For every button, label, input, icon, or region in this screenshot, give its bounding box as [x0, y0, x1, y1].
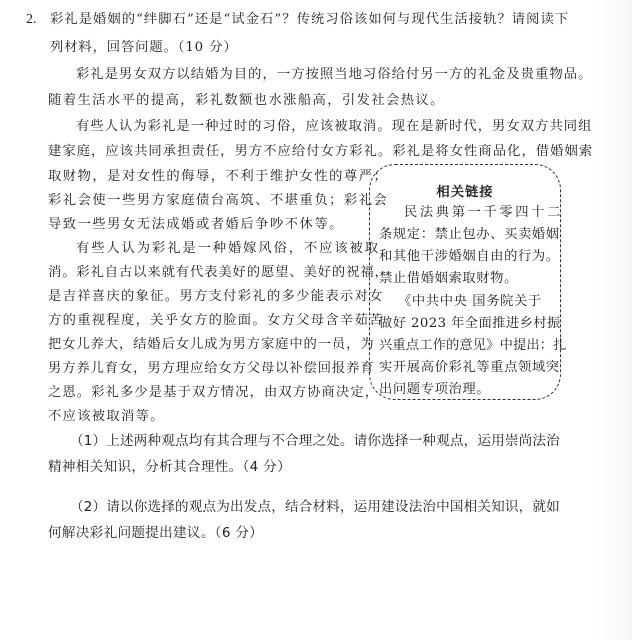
view-against-line-1: 有些人认为彩礼是一种过时的习俗，应该被取消。现在是新时代，男女双方共同组	[76, 118, 593, 136]
view-against-line-4: 彩礼会使一些男方家庭债台高筑、不堪重负；彩礼会	[48, 192, 388, 210]
civil-code-line-4: 禁止借婚姻索取财物。	[379, 270, 518, 288]
view-for-line-6: 男方养儿育女，男方理应给女方父母以补偿回报养育	[48, 360, 375, 378]
view-against-line-5: 导致一些男女无法成婚或者婚后争吵不休等。	[48, 216, 344, 234]
civil-code-line-2: 条规定：禁止包办、买卖婚姻	[379, 226, 560, 244]
material-intro-line-2: 随着生活水平的提高，彩礼数额也水涨船高，引发社会热议。	[48, 92, 445, 110]
view-for-line-2: 消。彩礼自古以来就有代表美好的愿望、美好的祝福，	[48, 264, 389, 282]
policy-line-1: 《中共中央 国务院关于	[398, 293, 542, 311]
view-for-line-3: 是吉祥喜庆的象征。男方支付彩礼的多少能表示对女	[48, 288, 384, 306]
question-number: 2.	[26, 11, 37, 29]
sub-question-2-line-2: 何解决彩礼问题提出建议。（6 分）	[48, 524, 263, 542]
view-for-line-4: 方的重视程度，关乎女方的脸面。女方父母含辛茹苦	[48, 312, 384, 330]
policy-line-4: 实开展高价彩礼等重点领域突	[379, 359, 560, 377]
civil-code-line-1: 民法典第一千零四十二	[404, 204, 563, 222]
view-for-line-5: 把女儿养大，结婚后女儿成为男方家庭中的一员，为	[48, 336, 375, 354]
view-for-line-1: 有些人认为彩礼是一种婚嫁风俗，不应该被取	[76, 240, 380, 258]
view-for-line-7: 之恩。彩礼多少是基于双方情况，由双方协商决定，	[48, 384, 379, 402]
policy-line-5: 出问题专项治理。	[379, 381, 490, 399]
view-against-line-2: 建家庭，应该共同承担责任，男方不应给付女方彩礼。彩礼是将女性商品化，借婚姻索	[48, 143, 593, 161]
material-intro-line-1: 彩礼是男女双方以结婚为目的，一方按照当地习俗给付另一方的礼金及贵重物品。	[76, 66, 593, 84]
question-prompt-line-2: 列材料，回答问题。（10 分）	[50, 39, 238, 57]
related-links-title: 相关链接	[369, 181, 561, 200]
view-against-line-3: 取财物，是对女性的侮辱，不利于维护女性的尊严；	[48, 168, 388, 186]
civil-code-line-3: 和其他干涉婚姻自由的行为。	[379, 248, 560, 266]
question-prompt-line-1: 彩礼是婚姻的“绊脚石”还是“试金石”？传统习俗该如何与现代生活接轨？请阅读下	[50, 11, 569, 29]
page-edge-shade	[596, 0, 632, 640]
sub-question-2-line-1: （2）请以你选择的观点为出发点，结合材料，运用建设法治中国相关知识，就如	[70, 498, 560, 516]
policy-line-3: 兴重点工作的意见》中提出：扎	[379, 337, 567, 355]
view-for-line-8: 不应该被取消等。	[48, 408, 165, 426]
sub-question-1-line-2: 精神相关知识，分析其合理性。（4 分）	[48, 458, 291, 476]
sub-question-1-line-1: （1）上述两种观点均有其合理与不合理之处。请你选择一种观点，运用崇尚法治	[70, 432, 560, 450]
policy-line-2: 做好 2023 年全面推进乡村振	[379, 315, 561, 333]
